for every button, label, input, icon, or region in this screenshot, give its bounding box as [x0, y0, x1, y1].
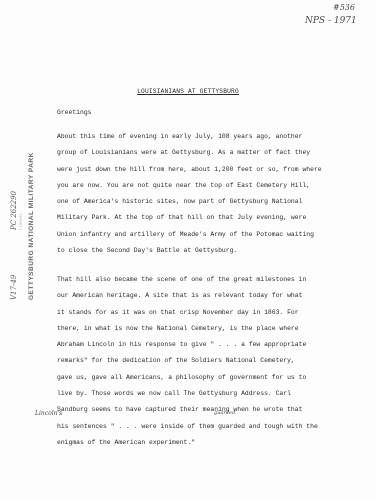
text-line: one of America's historic sites, now par… [57, 194, 357, 210]
text-line: Sandburg seems to have captured their me… [57, 402, 357, 418]
text-line: live by. Those words we now call The Get… [57, 386, 357, 402]
text-line: group of Louisianians were at Gettysburg… [57, 145, 357, 161]
text-line: remarks" for the dedication of the Soldi… [57, 353, 357, 369]
side-library-label: LIBRARY [20, 213, 24, 230]
side-gettysburg-stamp: GETTYSBURG NATIONAL MILITARY PARK [28, 152, 35, 300]
handwritten-nps-year: NPS - 1971 [305, 16, 357, 26]
document-page: #536 NPS - 1971 V17-49 PC 262290 LIBRARY… [0, 0, 376, 500]
text-line: you are now. You are not quite near the … [57, 178, 357, 194]
text-line: About this time of evening in early July… [57, 129, 357, 145]
side-pc-ref: PC 262290 [10, 191, 18, 230]
greeting: Greetings [57, 109, 92, 116]
text-line: That hill also became the scene of one o… [57, 272, 357, 288]
text-line: were just down the hill from here, about… [57, 162, 357, 178]
text-line: Abraham Lincoln in his response to give … [57, 337, 357, 353]
side-volume-ref: V17-49 [10, 275, 18, 300]
document-title: LOUISIANIANS AT GETTYSBURG [0, 88, 376, 95]
archive-side-stamp: V17-49 PC 262290 LIBRARY GETTYSBURG NATI… [8, 170, 38, 300]
handwritten-correction-guarded: guarded [214, 410, 235, 416]
handwritten-reference-number: #536 [333, 3, 355, 12]
text-line: our American heritage. A site that is as… [57, 288, 357, 304]
text-line: his sentences " . . . were inside of the… [57, 419, 357, 435]
text-line: it stands for as it was on that crisp No… [57, 305, 357, 321]
text-line: gave us, gave all Americans, a philosoph… [57, 370, 357, 386]
text-line: enigmas of the American experiment." [57, 435, 357, 451]
text-line: to close the Second Day's Battle at Gett… [57, 243, 357, 259]
text-line: Union infantry and artillery of Meade's … [57, 227, 357, 243]
paragraph-1: About this time of evening in early July… [57, 129, 357, 259]
text-line: Military Park. At the top of that hill o… [57, 210, 357, 226]
paragraph-2: That hill also became the scene of one o… [57, 272, 357, 451]
text-line: there, in what is now the National Cemet… [57, 321, 357, 337]
handwritten-margin-lincoln: Lincoln's [35, 410, 62, 417]
